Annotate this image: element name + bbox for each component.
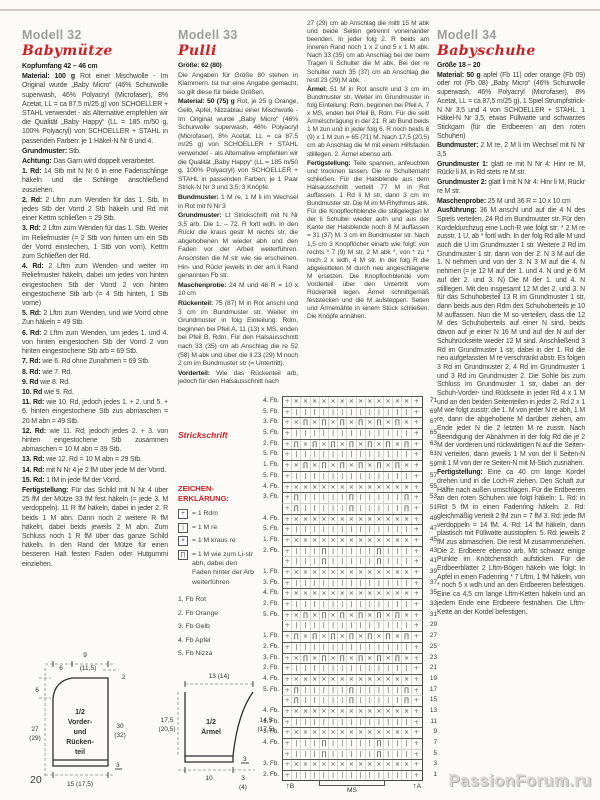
stitch-cell: | bbox=[329, 429, 338, 439]
stitch-cell: | bbox=[366, 696, 375, 706]
stitch-cell: × bbox=[384, 707, 393, 717]
stitch-symbol-icon: + bbox=[178, 509, 188, 519]
paragraph-lead: Kopfumfang 42 – 46 cm bbox=[22, 63, 99, 70]
paragraph-lead: 15. Rd: bbox=[22, 477, 46, 484]
instruction-paragraph: Grundmuster 1:glatt re mit N Nr 4: Hinr … bbox=[437, 161, 585, 178]
stitch-cell: ∏ bbox=[375, 557, 384, 567]
stitch-cell: | bbox=[402, 472, 411, 482]
body-top-measure: 9 bbox=[83, 652, 87, 659]
stitch-cell: | bbox=[338, 547, 347, 557]
stitch-cell: × bbox=[393, 589, 402, 599]
stitch-cell: | bbox=[375, 643, 384, 653]
stitch-cell: | bbox=[347, 643, 356, 653]
stitch-cell: | bbox=[301, 504, 310, 514]
stitch-cell: ∏ bbox=[357, 654, 366, 664]
stitch-cell: | bbox=[357, 450, 366, 460]
stitch-cell: ∏ bbox=[338, 461, 347, 471]
column-model33-continued-text: 27 (29) cm ab Anschlag die mittl 15 M ab… bbox=[307, 20, 429, 394]
stitch-cell: | bbox=[393, 557, 402, 567]
stitch-cell: + bbox=[283, 483, 292, 493]
instruction-paragraph: 27 (29) cm ab Anschlag die mittl 15 M ab… bbox=[307, 20, 429, 85]
stitch-cell: ∏ bbox=[320, 739, 329, 749]
legend-item: += 1 Rdm bbox=[178, 509, 258, 519]
instruction-paragraph: Maschenprobe:25 M und 36 R = 10 x 10 cm bbox=[437, 198, 585, 207]
stitch-cell: + bbox=[412, 515, 421, 525]
body-label: und bbox=[74, 729, 87, 736]
paragraph-lead: 2. Rd: bbox=[22, 197, 45, 204]
paragraph-lead: Maschenprobe: bbox=[178, 282, 229, 289]
stitch-cell: × bbox=[301, 483, 310, 493]
stitch-cell: ∏ bbox=[320, 547, 329, 557]
stitch-cell: × bbox=[366, 760, 375, 770]
paragraph-lead: 8. Rd: bbox=[22, 369, 42, 376]
stitch-cell: + bbox=[412, 707, 421, 717]
paragraph-text: wie 9. Rd. bbox=[44, 389, 74, 396]
stitch-cell: | bbox=[329, 579, 338, 589]
chart-row-number: 53 bbox=[423, 492, 437, 503]
stitch-cell: ∏ bbox=[338, 654, 347, 664]
body-right-measure: 30 bbox=[116, 723, 124, 730]
schematic-diagrams: 9 (11,5) 6 2 6 27 (29) 30 (32) 1/2 Vorde… bbox=[15, 648, 315, 798]
stitch-cell: | bbox=[292, 450, 301, 460]
paragraph-lead: 13. Rd: bbox=[22, 456, 46, 463]
chart-row-number: 39 bbox=[423, 567, 437, 578]
chart-row-number: 35 bbox=[423, 588, 437, 599]
stitch-cell: + bbox=[412, 408, 421, 418]
stitch-cell: | bbox=[338, 686, 347, 696]
stitch-cell: | bbox=[393, 718, 402, 728]
stitch-cell: | bbox=[393, 408, 402, 418]
chart-row-color-label: 5. Fb. bbox=[250, 449, 282, 460]
stitch-cell: ∏ bbox=[329, 632, 338, 642]
stitch-cell: × bbox=[393, 632, 402, 642]
paragraph-lead: Ärmel: bbox=[307, 86, 330, 93]
stitch-cell: ∏ bbox=[384, 632, 393, 642]
page-number: 20 bbox=[30, 774, 42, 786]
stitch-cell: × bbox=[357, 589, 366, 599]
stitch-cell: | bbox=[384, 739, 393, 749]
stitch-cell: × bbox=[311, 589, 320, 599]
stitch-cell: ∏ bbox=[311, 440, 320, 450]
stitch-cell: ∏ bbox=[347, 686, 356, 696]
stitch-cell: + bbox=[412, 696, 421, 706]
chart-row-number: 5 bbox=[423, 749, 437, 760]
stitch-cell: | bbox=[357, 408, 366, 418]
stitch-cell: × bbox=[301, 589, 310, 599]
stitch-cell: | bbox=[357, 472, 366, 482]
stitch-cell: × bbox=[320, 675, 329, 685]
stitch-cell: ∏ bbox=[329, 440, 338, 450]
stitch-cell: × bbox=[357, 536, 366, 546]
stitch-cell: × bbox=[393, 568, 402, 578]
model34-title: Babyschuhe bbox=[437, 43, 536, 59]
stitch-cell: | bbox=[338, 621, 347, 631]
stitch-cell: | bbox=[338, 408, 347, 418]
stitch-cell: + bbox=[283, 536, 292, 546]
chart-row: 4. Fb.+×××××××××××××+55 bbox=[250, 482, 436, 493]
stitch-cell: | bbox=[320, 686, 329, 696]
stitch-cell: | bbox=[375, 696, 384, 706]
stitch-cell: | bbox=[329, 472, 338, 482]
chart-row-number: 57 bbox=[423, 471, 437, 482]
stitch-cell: × bbox=[338, 589, 347, 599]
stitch-cell: ∏ bbox=[366, 440, 375, 450]
stitch-cell: | bbox=[357, 600, 366, 610]
body-left-measure: 27 bbox=[31, 726, 39, 733]
stitch-cell: | bbox=[366, 504, 375, 514]
stitch-cell: | bbox=[338, 664, 347, 674]
paragraph-lead: Grundmuster: bbox=[22, 148, 69, 155]
paragraph-lead: Fertigstellung: bbox=[22, 487, 71, 494]
paragraph-text: 27 (29) cm ab Anschlag die mittl 15 M ab… bbox=[307, 20, 429, 84]
stitch-cell: × bbox=[402, 611, 411, 621]
stitch-cell: | bbox=[347, 664, 356, 674]
stitch-cell: × bbox=[329, 418, 338, 428]
color-list-item: 4. Fb Apfel bbox=[178, 634, 258, 648]
stitch-cell: + bbox=[412, 621, 421, 631]
stitch-cell: × bbox=[329, 707, 338, 717]
stitch-cell: | bbox=[384, 450, 393, 460]
stitch-cell: × bbox=[311, 461, 320, 471]
stitch-cell: | bbox=[292, 579, 301, 589]
paragraph-lead: 7. Rd: bbox=[22, 358, 42, 365]
stitch-cell: × bbox=[366, 461, 375, 471]
body-label: Rücken- bbox=[66, 739, 94, 746]
stitch-cell: | bbox=[347, 557, 356, 567]
stitch-cell: | bbox=[320, 718, 329, 728]
stitch-cell: | bbox=[329, 408, 338, 418]
stitch-cell: | bbox=[366, 664, 375, 674]
stitch-cell: × bbox=[301, 397, 310, 407]
stitch-cell: | bbox=[329, 643, 338, 653]
paragraph-text: Das Garn wird doppelt verarbeitet. bbox=[53, 158, 155, 165]
stitch-cell: + bbox=[283, 504, 292, 514]
sleeve-outline bbox=[185, 692, 253, 756]
color-list-item: 1. Fb Rot bbox=[178, 593, 258, 607]
chart-row-number: 11 bbox=[423, 717, 437, 728]
stitch-cell: + bbox=[412, 643, 421, 653]
stitch-cell: + bbox=[412, 483, 421, 493]
stitch-cell: × bbox=[375, 483, 384, 493]
stitch-cell: × bbox=[329, 397, 338, 407]
stitch-cell: × bbox=[320, 397, 329, 407]
paragraph-lead: Grundmuster 1: bbox=[437, 161, 491, 168]
stitch-cell: × bbox=[311, 515, 320, 525]
stitch-cell: ∏ bbox=[357, 418, 366, 428]
sleeve-bottom-measure3: (4) bbox=[239, 784, 247, 791]
stitch-cell: × bbox=[366, 707, 375, 717]
stitch-cell: ∏ bbox=[402, 696, 411, 706]
paragraph-text: mit N Nr 4 je 2 fM über jede M der Vorrd… bbox=[46, 467, 166, 474]
stitch-cell: × bbox=[292, 461, 301, 471]
stitch-cell: + bbox=[412, 611, 421, 621]
stitch-cell: | bbox=[329, 493, 338, 503]
stitch-cell: | bbox=[384, 504, 393, 514]
stitch-cell: | bbox=[347, 739, 356, 749]
stitch-cell: | bbox=[366, 771, 375, 780]
stitch-cell: | bbox=[301, 408, 310, 418]
stitch-cell: × bbox=[375, 632, 384, 642]
paragraph-text: 36 M anschl und auf die 4 N des Spiels v… bbox=[437, 207, 585, 466]
sleeve-cuff bbox=[185, 756, 233, 762]
instruction-paragraph: Vorderteil:Wie das Rückenteil arb, jedoc… bbox=[178, 370, 298, 387]
stitch-cell: | bbox=[357, 579, 366, 589]
stitch-cell: + bbox=[283, 450, 292, 460]
instruction-paragraph: Material: 50 (75) gRot, je 25 g Orange, … bbox=[178, 98, 298, 193]
stitch-cell: | bbox=[338, 643, 347, 653]
stitch-cell: ∏ bbox=[338, 418, 347, 428]
stitch-cell: | bbox=[347, 771, 356, 780]
stitch-cell: × bbox=[402, 654, 411, 664]
stitch-cell: | bbox=[347, 472, 356, 482]
stitch-cell: × bbox=[375, 589, 384, 599]
stitch-cell: ∏ bbox=[292, 440, 301, 450]
stitch-cell: | bbox=[384, 600, 393, 610]
sleeve-bottom-measure2: 3 bbox=[241, 775, 245, 782]
chart-row-color-label: 4. Fb. bbox=[250, 396, 282, 407]
paragraph-text: Eine ca 40 cm lange Kordel drehen und in… bbox=[437, 469, 585, 615]
stitch-cell: ∏ bbox=[320, 654, 329, 664]
chart-row-number: 49 bbox=[423, 514, 437, 525]
paragraph-lead: 1. Rd: bbox=[22, 168, 44, 175]
stitch-cell: | bbox=[329, 504, 338, 514]
stitch-cell: × bbox=[402, 418, 411, 428]
paragraph-text: 14 Stb mit N Nr 6 in eine Fadenschlinge … bbox=[22, 168, 168, 193]
stitch-cell: × bbox=[366, 589, 375, 599]
stitch-cell: × bbox=[329, 515, 338, 525]
sleeve-left-measure2: (20,5) bbox=[159, 726, 176, 733]
chart-row-number: 27 bbox=[423, 631, 437, 642]
stitch-cell: + bbox=[283, 621, 292, 631]
stitch-cell: × bbox=[292, 515, 301, 525]
legend-item-text: = 1 M re bbox=[192, 523, 254, 532]
stitch-cell: × bbox=[292, 418, 301, 428]
sleeve-right-measure: 14,5 bbox=[260, 717, 273, 724]
stitch-cell: + bbox=[412, 728, 421, 738]
stitch-cell: ∏ bbox=[402, 504, 411, 514]
stitch-cell: | bbox=[347, 408, 356, 418]
paragraph-lead: Achtung: bbox=[22, 158, 53, 165]
stitch-cell: × bbox=[384, 536, 393, 546]
body-left-measure2: (29) bbox=[29, 735, 41, 742]
stitch-cell: + bbox=[412, 600, 421, 610]
instruction-paragraph: 3. Rd:2 Lftm zum Wenden für das 1. Stb. … bbox=[22, 224, 168, 261]
stitch-cell: + bbox=[283, 632, 292, 642]
stitch-cell: | bbox=[338, 504, 347, 514]
stitch-cell: × bbox=[375, 397, 384, 407]
stitch-cell: | bbox=[347, 600, 356, 610]
stitch-cell: | bbox=[320, 429, 329, 439]
stitch-cell: | bbox=[393, 547, 402, 557]
stitch-cell: | bbox=[402, 718, 411, 728]
stitch-cell: | bbox=[329, 600, 338, 610]
instruction-paragraph: 1. Rd:14 Stb mit N Nr 6 in eine Fadensch… bbox=[22, 167, 168, 195]
stitch-cell: | bbox=[329, 750, 338, 760]
stitch-cell: × bbox=[292, 483, 301, 493]
stitch-cell: × bbox=[384, 675, 393, 685]
stitch-cell: × bbox=[320, 728, 329, 738]
stitch-cell: × bbox=[384, 611, 393, 621]
stitch-cell: | bbox=[320, 450, 329, 460]
stitch-cell: × bbox=[329, 589, 338, 599]
stitch-cell: | bbox=[384, 579, 393, 589]
stitch-cell: × bbox=[402, 707, 411, 717]
stitch-cell: | bbox=[301, 525, 310, 535]
chart-row-number: 67 bbox=[423, 417, 437, 428]
chart-repeat-marker: MS bbox=[319, 781, 385, 794]
stitch-cell: + bbox=[412, 750, 421, 760]
stitch-cell: ∏ bbox=[320, 557, 329, 567]
stitch-cell: × bbox=[301, 440, 310, 450]
stitch-cell: | bbox=[366, 686, 375, 696]
stitch-cell: | bbox=[366, 547, 375, 557]
stitch-cell: | bbox=[329, 557, 338, 567]
stitch-cell: + bbox=[283, 493, 292, 503]
instruction-paragraph: Ausführung:36 M anschl und auf die 4 N d… bbox=[437, 207, 585, 468]
stitch-cell: × bbox=[357, 728, 366, 738]
paragraph-text: Rot, je 25 g Orange, Gelb, Apfel, Nizzab… bbox=[178, 98, 298, 191]
stitch-cell: ∏ bbox=[320, 418, 329, 428]
stitch-cell: × bbox=[347, 536, 356, 546]
stitch-cell: | bbox=[357, 621, 366, 631]
paragraph-text: 2 Lftm zum Wenden für das 1. Stb. Weiter… bbox=[22, 225, 168, 260]
stitch-cell: | bbox=[329, 718, 338, 728]
stitch-cell: | bbox=[311, 504, 320, 514]
paragraph-text: Lt Strickschrift mit N Nr 3,5 arb. Die 1… bbox=[178, 212, 298, 279]
chart-row-number: 33 bbox=[423, 599, 437, 610]
stitch-cell: | bbox=[402, 579, 411, 589]
stitch-cell: ∏ bbox=[292, 504, 301, 514]
stitch-cell: × bbox=[393, 483, 402, 493]
stitch-cell: × bbox=[375, 568, 384, 578]
chart-row-number: 13 bbox=[423, 706, 437, 717]
stitch-cell: | bbox=[384, 686, 393, 696]
chart-row-number: 59 bbox=[423, 460, 437, 471]
stitch-cell: × bbox=[384, 515, 393, 525]
stitch-cell: | bbox=[393, 600, 402, 610]
stitch-cell: × bbox=[338, 536, 347, 546]
stitch-cell: × bbox=[347, 675, 356, 685]
stitch-cell: | bbox=[375, 429, 384, 439]
stitch-cell: × bbox=[311, 611, 320, 621]
stitch-cell: | bbox=[375, 718, 384, 728]
stitch-cell: | bbox=[347, 450, 356, 460]
stitch-cell: × bbox=[402, 483, 411, 493]
stitch-cell: ∏ bbox=[292, 632, 301, 642]
paragraph-text: Rot einer Mischwolle - Im Original wurde… bbox=[22, 73, 168, 144]
stitch-cell: ∏ bbox=[347, 696, 356, 706]
column-model33-text: Größe: 62 (80)Die Angaben für Größe 80 s… bbox=[178, 62, 298, 388]
stitch-cell: | bbox=[366, 739, 375, 749]
page-top-rule bbox=[0, 9, 600, 11]
stitch-cell: × bbox=[357, 440, 366, 450]
stitch-cell: × bbox=[375, 728, 384, 738]
stitch-cell: | bbox=[357, 547, 366, 557]
stitch-cell: | bbox=[320, 771, 329, 780]
stitch-cell: × bbox=[347, 397, 356, 407]
stitch-cell: + bbox=[412, 664, 421, 674]
stitch-cell: | bbox=[338, 557, 347, 567]
instruction-paragraph: Maschenprobe:24 M und 46 R = 10 x 10 cm bbox=[178, 282, 298, 299]
stitch-cell: | bbox=[375, 493, 384, 503]
instruction-paragraph: Grundmuster 2:glatt li mit N Nr 4: Hinr … bbox=[437, 179, 585, 196]
stitch-cell: × bbox=[329, 760, 338, 770]
stitch-cell: × bbox=[402, 675, 411, 685]
chart-row-number: 9 bbox=[423, 727, 437, 738]
stitch-cell: × bbox=[384, 461, 393, 471]
chart-row-number: 69 bbox=[423, 407, 437, 418]
chart-row-color-label: 2. Fb. bbox=[250, 439, 282, 450]
stitch-cell: | bbox=[329, 686, 338, 696]
stitch-cell: | bbox=[384, 718, 393, 728]
paragraph-lead: Ausführung: bbox=[437, 207, 480, 214]
stitch-cell: | bbox=[338, 472, 347, 482]
instruction-paragraph: Bundmuster:2 M re, 2 M li im Wechsel mit… bbox=[437, 142, 585, 159]
stitch-cell: | bbox=[338, 493, 347, 503]
stitch-cell: ∏ bbox=[320, 611, 329, 621]
chart-row-color-label: 5. Fb. bbox=[250, 471, 282, 482]
body-label: Vorder- bbox=[68, 719, 93, 726]
chart-row: 5. Fb.+|||||||||||||+69 bbox=[250, 407, 436, 418]
stitch-cell: ∏ bbox=[375, 547, 384, 557]
stitch-cell: | bbox=[375, 408, 384, 418]
stitch-cell: | bbox=[366, 600, 375, 610]
color-list-item: 3. Fb Gelb bbox=[178, 620, 258, 634]
stitch-cell: + bbox=[412, 557, 421, 567]
chart-row: 2. Fb.+|||∏|||||∏|||+43 bbox=[250, 546, 436, 557]
stitch-cell: | bbox=[402, 664, 411, 674]
paragraph-lead: Rückenteil: bbox=[178, 300, 215, 307]
stitch-cell: ∏ bbox=[393, 461, 402, 471]
stitch-cell: | bbox=[366, 557, 375, 567]
stitch-cell: + bbox=[283, 579, 292, 589]
body-right-measure2: (32) bbox=[114, 732, 126, 739]
stitch-cell: | bbox=[393, 579, 402, 589]
stitch-cell: | bbox=[338, 579, 347, 589]
stitch-cell: × bbox=[292, 611, 301, 621]
stitch-cell: ∏ bbox=[357, 461, 366, 471]
stitch-cell: | bbox=[311, 547, 320, 557]
stitch-cell: × bbox=[393, 515, 402, 525]
stitch-cell: | bbox=[366, 429, 375, 439]
chart-legend: ZEICHEN-ERKLÄRUNG: += 1 Rdm|= 1 M re×= 1… bbox=[178, 484, 258, 661]
stitch-cell: × bbox=[402, 461, 411, 471]
stitch-cell: | bbox=[393, 429, 402, 439]
stitch-cell: | bbox=[384, 696, 393, 706]
instruction-paragraph: 8. Rd:wie 7. Rd. bbox=[22, 368, 168, 377]
chart-row-number: 25 bbox=[423, 642, 437, 653]
instruction-paragraph: 14. Rd:mit N Nr 4 je 2 fM über jede M de… bbox=[22, 466, 168, 475]
chart-row: 3. Fb.+|||||||||||||+37 bbox=[250, 578, 436, 589]
stitch-cell: × bbox=[366, 515, 375, 525]
stitch-cell: | bbox=[384, 771, 393, 780]
stitch-cell: | bbox=[384, 643, 393, 653]
chart-row: 2. Fb.+∏×∏×∏×∏×∏×∏×∏+63 bbox=[250, 439, 436, 450]
stitch-cell: | bbox=[320, 579, 329, 589]
stitch-cell: | bbox=[384, 621, 393, 631]
paragraph-text: 2 Lftm zum Wenden, um jedes 1. und 4. vo… bbox=[22, 330, 168, 355]
paragraph-text: 1 fM in jede fM der Vorrd. bbox=[46, 477, 121, 484]
stitch-cell: × bbox=[301, 536, 310, 546]
stitch-cell: × bbox=[366, 611, 375, 621]
chart-row-number: 47 bbox=[423, 524, 437, 535]
instruction-paragraph: Bundmuster:1 M re, 1 M li im Wechsel in … bbox=[178, 194, 298, 211]
stitch-cell: × bbox=[347, 418, 356, 428]
stitch-cell: | bbox=[338, 429, 347, 439]
instruction-paragraph: Größe: 62 (80) bbox=[178, 62, 298, 71]
stitch-cell: | bbox=[366, 718, 375, 728]
stitch-cell: | bbox=[301, 621, 310, 631]
